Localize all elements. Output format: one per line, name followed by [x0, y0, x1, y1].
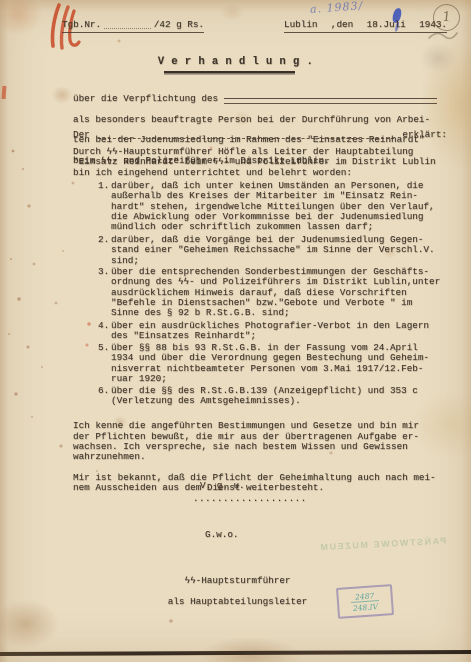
stamp-number-line-2: 248.IV [353, 602, 379, 613]
list-item: 2. darüber, daß die Vorgänge bei der Jud… [98, 235, 435, 266]
list-item-text: über die entsprechenden Sonderbestimmung… [111, 267, 440, 318]
red-crayon-edge-dash-icon [2, 86, 7, 99]
list-item-text: darüber, daß ich unter keinen Umständen … [111, 181, 435, 232]
journal-number-value: /42 g Rs. [154, 20, 204, 30]
declarant-erklaert: erklärt: [402, 130, 447, 140]
scan-bottom-edge [0, 650, 471, 656]
list-item-number: 1. [98, 181, 111, 191]
intro-line-1: über die Verpflichtung des [73, 94, 437, 104]
date-den: ,den [331, 20, 353, 30]
list-item: 6. über die §§ des R.St.G.B.139 (Anzeige… [98, 386, 418, 407]
lead-paragraph: Durch ϟϟ-Hauptsturmführer Höfle als Leit… [73, 147, 436, 178]
list-item-text: darüber, daß die Vorgänge bei der Judenu… [111, 235, 435, 266]
archive-stamp: 2487 248.IV [336, 584, 394, 619]
place-name: Lublin [284, 20, 317, 30]
place-date-line: Lublin ,den 18.Juli 1943. [284, 20, 447, 33]
intro-line-2: als besonders beauftragte Person bei der… [73, 115, 437, 125]
list-item-text: über §§ 88 bis 93 R.St.G.B. in der Fassu… [111, 343, 429, 384]
list-item: 4. über ein ausdrückliches Photografier-… [98, 321, 429, 342]
document-title: V e r h a n d l u n g . [0, 56, 471, 68]
signatory-role: als Hauptabteilungsleiter [150, 597, 325, 607]
verso-bleedthrough-text: PAŃSTWOWE MUZEUM [300, 535, 465, 554]
signature-dotted-line: ................... [193, 494, 307, 504]
gwo-abbreviation: G.w.o. [205, 530, 238, 540]
declarant-line: Der erklärt: [73, 129, 447, 140]
stamp-number-line-1: 2487 [351, 591, 379, 603]
list-item-number: 3. [98, 267, 111, 277]
document-page: a. 1983/ 1 Tgb.Nr. /42 g Rs. Lublin ,den… [0, 0, 471, 662]
journal-number-label: Tgb.Nr. [62, 20, 101, 30]
list-item: 1. darüber, daß ich unter keinen Umständ… [98, 181, 435, 232]
closing-paragraph-2: Mir ist bekannt, daß die Pflicht der Geh… [73, 473, 436, 494]
signature-block: ϟϟ-Hauptsturmführer als Hauptabteilungsl… [150, 566, 325, 617]
vgu-abbreviation: V. g. u. [200, 481, 245, 491]
list-item-text: über ein ausdrückliches Photografier-Ver… [111, 321, 429, 342]
list-item-number: 6. [98, 386, 111, 396]
year-value: 1943. [419, 20, 447, 30]
blank-underline [104, 20, 151, 29]
closing-paragraphs: Ich kenne die angeführten Bestimmungen u… [73, 411, 436, 504]
list-item: 5. über §§ 88 bis 93 R.St.G.B. in der Fa… [98, 343, 429, 384]
list-item-number: 2. [98, 235, 111, 245]
declarant-der: Der [73, 130, 90, 140]
date-value: 18.Juli [367, 20, 406, 30]
closing-paragraph-1: Ich kenne die angeführten Bestimmungen u… [73, 421, 436, 462]
handwritten-archive-number: a. 1983/ [310, 0, 364, 16]
list-item-text: über die §§ des R.St.G.B.139 (Anzeigepfl… [111, 386, 418, 407]
name-blank-rule [224, 98, 437, 104]
title-underline [164, 71, 295, 73]
list-item-number: 4. [98, 321, 111, 331]
journal-number-line: Tgb.Nr. /42 g Rs. [62, 20, 204, 33]
intro-line-1-text: über die Verpflichtung des [73, 94, 218, 104]
declarant-name-blank [98, 129, 395, 139]
list-item: 3. über die entsprechenden Sonderbestimm… [98, 267, 440, 318]
signatory-rank: ϟϟ-Hauptsturmführer [150, 576, 325, 586]
paper-stain-speckles [0, 0, 2, 2]
list-item-number: 5. [98, 343, 111, 353]
